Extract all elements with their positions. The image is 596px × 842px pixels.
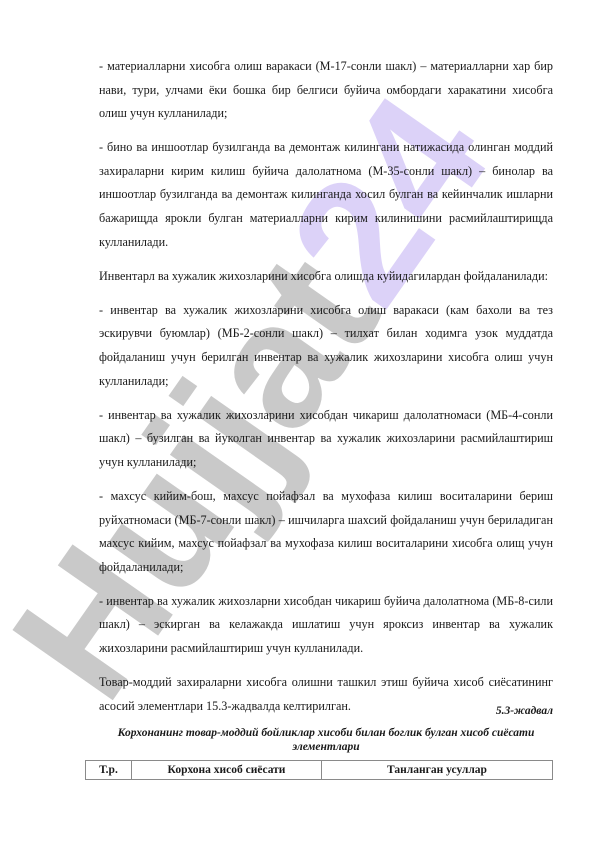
paragraph-m35-form: - бино ва иншоотлар бузилганда ва демонт…	[99, 136, 553, 254]
column-header-methods: Танланган усуллар	[322, 761, 553, 780]
table-caption: Корхонанинг товар-моддий бойликлар хисоб…	[99, 726, 553, 754]
paragraph-mb8-form: - инвентар ва хужалик жихозларни хисобда…	[99, 590, 553, 661]
accounting-policy-table: Т.р. Корхона хисоб сиёсати Танланган усу…	[85, 760, 553, 780]
paragraph-mb7-form: - махсус кийим-бош, махсус пойафзал ва м…	[99, 485, 553, 579]
paragraph-inventory-intro: Инвентарл ва хужалик жихозларини хисобга…	[99, 265, 553, 289]
paragraph-table-reference: Товар-моддий захираларни хисобга олишни …	[99, 671, 553, 718]
paragraph-mb4-form: - инвентар ва хужалик жихозларини хисобд…	[99, 404, 553, 475]
column-header-number: Т.р.	[86, 761, 132, 780]
document-body: - материалларни хисобга олиш варакаси (М…	[99, 55, 553, 729]
table-header-row: Т.р. Корхона хисоб сиёсати Танланган усу…	[86, 761, 553, 780]
paragraph-mb2-form: - инвентар ва хужалик жихозларини хисобг…	[99, 299, 553, 393]
column-header-policy: Корхона хисоб сиёсати	[132, 761, 322, 780]
table-number-label: 5.3-жадвал	[496, 705, 553, 717]
paragraph-m17-form: - материалларни хисобга олиш варакаси (М…	[99, 55, 553, 126]
